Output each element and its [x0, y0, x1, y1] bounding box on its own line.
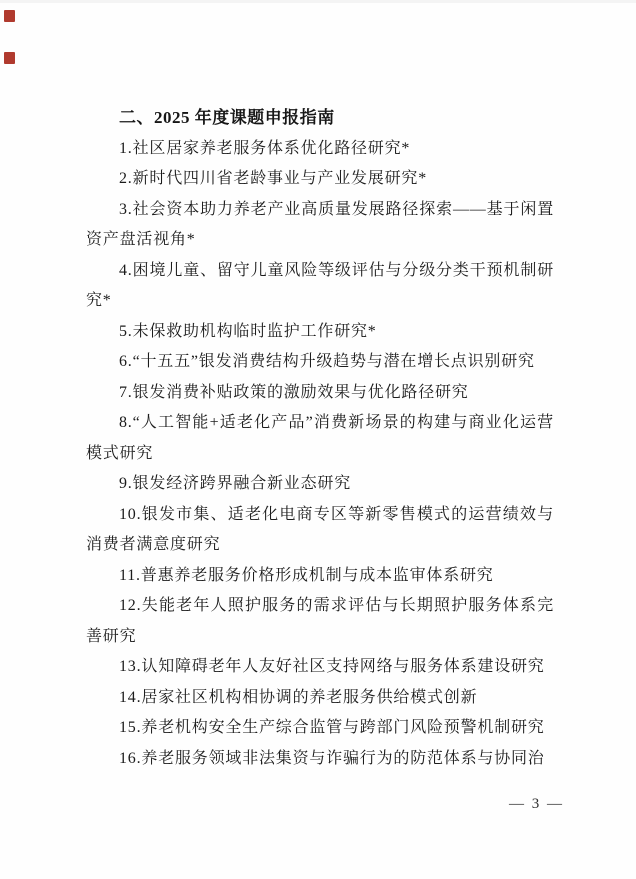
document-content: 二、2025 年度课题申报指南 1.社区居家养老服务体系优化路径研究* 2.新时… [86, 103, 554, 774]
topic-item-8: 8.“人工智能+适老化产品”消费新场景的构建与商业化运营模式研究 [86, 408, 554, 469]
topic-item-12: 12.失能老年人照护服务的需求评估与长期照护服务体系完善研究 [86, 591, 554, 652]
topic-item-1: 1.社区居家养老服务体系优化路径研究* [86, 134, 554, 165]
topic-item-7: 7.银发消费补贴政策的激励效果与优化路径研究 [86, 378, 554, 409]
topic-item-5: 5.未保救助机构临时监护工作研究* [86, 317, 554, 348]
scan-top-edge [0, 0, 636, 3]
topic-item-13: 13.认知障碍老年人友好社区支持网络与服务体系建设研究 [86, 652, 554, 683]
topic-item-9: 9.银发经济跨界融合新业态研究 [86, 469, 554, 500]
topic-item-3: 3.社会资本助力养老产业高质量发展路径探索——基于闲置资产盘活视角* [86, 195, 554, 256]
topic-item-16: 16.养老服务领域非法集资与诈骗行为的防范体系与协同治 [86, 744, 554, 775]
topic-item-10: 10.银发市集、适老化电商专区等新零售模式的运营绩效与消费者满意度研究 [86, 500, 554, 561]
section-heading: 二、2025 年度课题申报指南 [86, 103, 554, 134]
page-number: — 3 — [509, 796, 564, 813]
topic-item-14: 14.居家社区机构相协调的养老服务供给模式创新 [86, 683, 554, 714]
topic-item-11: 11.普惠养老服务价格形成机制与成本监审体系研究 [86, 561, 554, 592]
topic-item-2: 2.新时代四川省老龄事业与产业发展研究* [86, 164, 554, 195]
topic-item-15: 15.养老机构安全生产综合监管与跨部门风险预警机制研究 [86, 713, 554, 744]
topic-item-6: 6.“十五五”银发消费结构升级趋势与潜在增长点识别研究 [86, 347, 554, 378]
document-page: 二、2025 年度课题申报指南 1.社区居家养老服务体系优化路径研究* 2.新时… [0, 0, 636, 879]
red-scan-mark [4, 52, 15, 64]
topic-item-4: 4.困境儿童、留守儿童风险等级评估与分级分类干预机制研究* [86, 256, 554, 317]
red-scan-mark [4, 10, 15, 22]
